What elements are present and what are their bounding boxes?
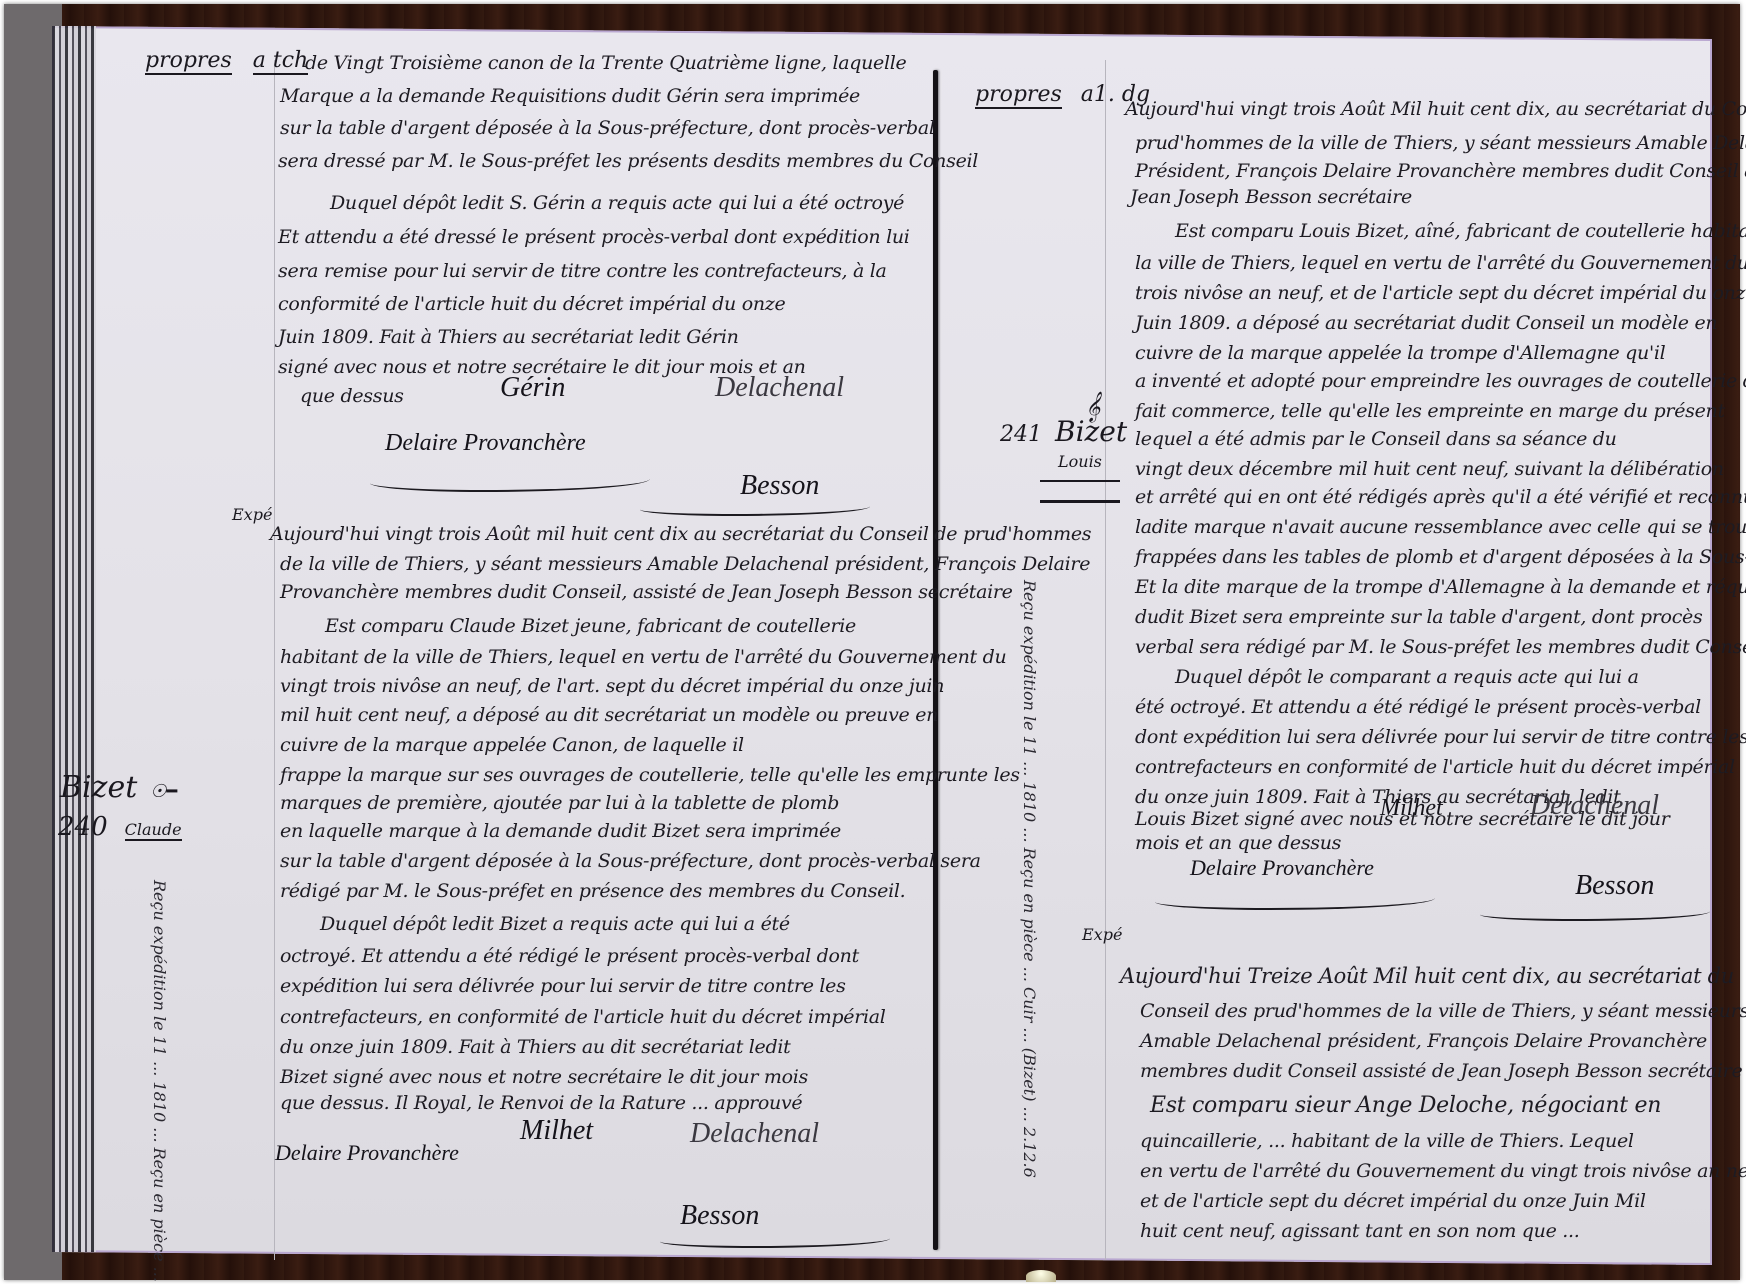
left-margin-rule [274,60,275,1260]
margin-given-name: Louis [1058,452,1102,471]
signature-besson: Besson [740,470,819,502]
margin-number: a tch [253,48,308,75]
pin-head [1026,1270,1056,1282]
margin-label: propres [975,82,1062,109]
margin-given-name: Claude [125,820,182,841]
hunting-horn-mark-icon: 𝄞 [1085,392,1100,423]
margin-surname: Bizet [60,770,137,805]
entry-number: 240 [58,812,108,842]
name-underline [1040,500,1120,503]
expedition-mark: Expé [232,505,272,524]
vertical-receipt-note: Reçu expédition le 11 ... 1810 ... Reçu … [1020,580,1039,920]
signature-besson: Besson [680,1200,759,1232]
margin-label: propres [145,48,232,75]
right-margin-rule [1105,60,1106,1260]
entry-240-number-row: 240 Claude [58,812,182,842]
signature-delaire-provanchere: Delaire Provanchère [1190,855,1374,881]
expedition-mark: Expé [1082,925,1122,944]
register-binding-edge [52,26,96,1252]
signature-gerin: Gérin [500,372,565,404]
left-header-margin: propres a tch [145,48,308,73]
signature-delaire-provanchere: Delaire Provanchère [385,430,586,457]
signature-delachenal: Delachenal [690,1118,819,1150]
entry-number: 241 [1000,422,1042,447]
signature-milhet: Milhet [520,1115,593,1147]
signature-delachenal: Delachenal [715,372,844,404]
right-header-margin: propres a1. dg [975,82,1150,107]
cannon-mark-icon: ☉━ [150,781,177,802]
entry-240-margin: Bizet ☉━ [60,770,177,805]
signature-delaire-provanchere: Delaire Provanchère [275,1140,459,1166]
signature-delachenal: Delachenal [1530,790,1659,822]
signature-besson: Besson [1575,870,1654,902]
vertical-receipt-note: Reçu expédition le 11 ... 1810 ... Reçu … [150,880,169,1220]
entry-241-margin: 241 Bizet [1000,415,1127,448]
signature-milhet: Milhet [1380,795,1443,822]
name-underline [1040,480,1120,482]
